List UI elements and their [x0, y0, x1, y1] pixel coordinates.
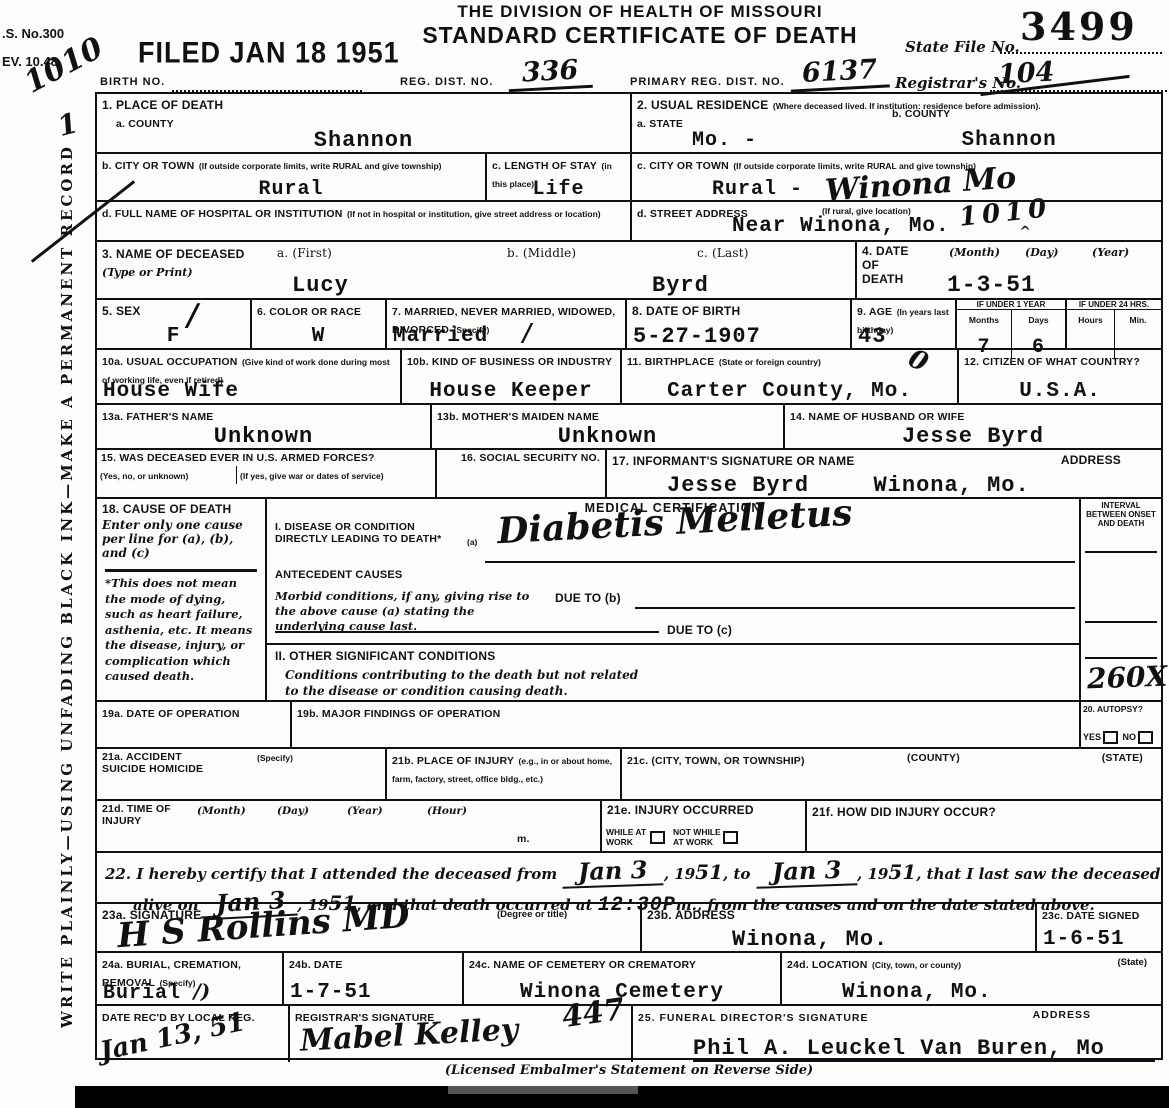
- county-value: Shannon: [314, 128, 413, 153]
- informant-address-label2: ADDRESS: [1061, 453, 1121, 467]
- birthplace-field: 11. BIRTHPLACE (State or foreign country…: [622, 350, 959, 403]
- usual-residence-section: 2. USUAL RESIDENCE (Where deceased lived…: [632, 94, 1161, 240]
- registrar-signature-field: REGISTRAR'S SIGNATURE Mabel Kelley 447: [290, 1006, 633, 1062]
- city-label: b. CITY OR TOWN: [102, 160, 194, 172]
- spouse-label: 14. NAME OF HUSBAND OR WIFE: [790, 411, 965, 423]
- name-note: (Type or Print): [102, 266, 193, 279]
- cause-of-death-side-column: 18. CAUSE OF DEATH Enter only one cause …: [97, 499, 267, 700]
- middle-name-label: b. (Middle): [507, 246, 576, 260]
- funeral-director-label: 25. FUNERAL DIRECTOR'S SIGNATURE: [638, 1012, 869, 1024]
- cert-from-date-handwritten: Jan 3: [562, 854, 664, 889]
- funeral-director-field: 25. FUNERAL DIRECTOR'S SIGNATURE ADDRESS…: [633, 1006, 1161, 1062]
- armed-forces-label: 15. WAS DECEASED EVER IN U.S. ARMED FORC…: [97, 450, 435, 466]
- accident-label: 21a. ACCIDENT SUICIDE HOMICIDE: [102, 751, 222, 775]
- cert-text-to: , to: [723, 865, 750, 883]
- business-value: House Keeper: [429, 380, 592, 403]
- residence-county-value: Shannon: [961, 129, 1056, 152]
- armed-forces-field: 15. WAS DECEASED EVER IN U.S. ARMED FORC…: [97, 450, 437, 497]
- business-label: 10b. KIND OF BUSINESS OR IN­DUSTRY: [407, 356, 612, 368]
- burial-location-value: Winona, Mo.: [842, 981, 992, 1004]
- physician-address-label: 23b. ADDRESS: [647, 908, 735, 922]
- citizen-label: 12. CITIZEN OF WHAT COUNTRY?: [964, 356, 1140, 368]
- row-occupation: 10a. USUAL OCCUPATION (Give kind of work…: [97, 350, 1161, 405]
- antecedent-note: Morbid conditions, if any, giving rise t…: [275, 589, 545, 634]
- other-conditions-label: II. OTHER SIGNIFICANT CONDITIONS: [275, 649, 495, 663]
- funeral-director-value: Phil A. Leuckel Van Buren, Mo: [693, 1036, 1105, 1061]
- reg-dist-number: 336: [507, 54, 593, 92]
- row-sex-race-age: 5. SEX / F 6. COLOR OR RACE W 7. MARRIED…: [97, 300, 1161, 350]
- cert-year-pre-1: , 19: [664, 865, 695, 883]
- date-of-death-field: 4. DATE OF DEATH (Month) (Day) (Year) 1-…: [857, 242, 1161, 298]
- date-signed-value: 1-6-51: [1043, 928, 1125, 951]
- injury-occurred-label: 21e. INJURY OCCURRED: [607, 803, 800, 817]
- residence-state-label: a. STATE: [637, 118, 683, 130]
- margin-instruction-text: WRITE PLAINLY—USING UNFADING BLACK INK—M…: [58, 168, 76, 1028]
- registration-row: BIRTH NO. REG. DIST. NO. 336 PRIMARY REG…: [100, 66, 1165, 92]
- state-file-number: 3499: [1020, 4, 1138, 49]
- days-label: Days: [1028, 315, 1048, 325]
- operation-date-label: 19a. DATE OF OPERA­TION: [102, 708, 240, 720]
- burial-location-label: 24d. LOCATION: [787, 959, 868, 971]
- registrar-number-handwritten: 447: [560, 992, 627, 1035]
- time-of-injury-label: 21d. TIME OF INJURY: [102, 803, 172, 827]
- medical-certification-column: MEDICAL CERTIFICATION I. DISEASE OR COND…: [267, 499, 1081, 700]
- injury-county-label: (COUNTY): [907, 752, 960, 764]
- armed-forces-note2: (If yes, give war or dates of service): [240, 471, 384, 481]
- cause-note2: *This does not mean the mode of dying, s…: [105, 576, 257, 685]
- ssn-field: 16. SOCIAL SECURITY NO.: [437, 450, 607, 497]
- certificate-form: 1. PLACE OF DEATH a. COUNTY Shannon b. C…: [95, 92, 1163, 1060]
- disease-label: I. DISEASE OR CONDITION DIRECTLY LEADING…: [275, 521, 465, 545]
- interval-handwritten-260x: 260X: [1086, 660, 1167, 696]
- row-parents-spouse: 13a. FATHER'S NAME Unknown 13b. MOTHER'S…: [97, 405, 1161, 450]
- race-value: W: [312, 325, 326, 348]
- hospital-note: (If not in hospital or institution, give…: [347, 209, 601, 219]
- dod-label: 4. DATE OF DEATH: [862, 244, 922, 286]
- sex-value: F: [167, 325, 181, 348]
- under1-label: IF UNDER 1 YEAR: [957, 300, 1065, 310]
- name-label: 3. NAME OF DECEASED: [102, 247, 245, 261]
- row-time-of-injury: 21d. TIME OF INJURY (Month) (Day) (Year)…: [97, 801, 1161, 853]
- injury-location-field: 21c. (CITY, TOWN, OR TOWNSHIP) (COUNTY) …: [622, 749, 1161, 799]
- autopsy-yes-label: YES: [1083, 732, 1101, 742]
- while-at-work-label: WHILE AT WORK: [606, 827, 648, 847]
- state-file-dotted-line: [1000, 52, 1162, 54]
- injury-m-label: m.: [517, 833, 530, 845]
- informant-label: 17. INFORMANT'S SIGNATURE OR NAME: [612, 454, 855, 468]
- occupation-label: 10a. USUAL OCCUPATION: [102, 356, 237, 368]
- how-injury-field: 21f. HOW DID INJURY OCCUR?: [807, 801, 1161, 851]
- occupation-field: 10a. USUAL OCCUPATION (Give kind of work…: [97, 350, 402, 403]
- operation-findings-field: 19b. MAJOR FINDINGS OF OPERATION: [292, 702, 1081, 747]
- date-signed-label: 23c. DATE SIGNED: [1042, 910, 1140, 922]
- row-accident: 21a. ACCIDENT SUICIDE HOMICIDE (Specify)…: [97, 749, 1161, 801]
- burial-state-note: (State): [1117, 957, 1147, 968]
- division-heading: THE DIVISION OF HEALTH OF MISSOURI: [360, 2, 920, 22]
- injury-day-label: (Day): [277, 805, 309, 817]
- name-of-deceased-field: 3. NAME OF DECEASED (Type or Print) a. (…: [97, 242, 857, 298]
- physician-signature-value: H S Rollins MD: [116, 896, 411, 956]
- spouse-value: Jesse Byrd: [902, 424, 1044, 449]
- dod-month-label: (Month): [949, 246, 1000, 259]
- dod-year-label: (Year): [1092, 246, 1129, 259]
- cert-year-1-handwritten: 51: [695, 860, 723, 884]
- residence-city-value: Rural -: [712, 178, 803, 201]
- sex-label: 5. SEX: [102, 304, 141, 318]
- row-operation: 19a. DATE OF OPERA­TION 19b. MAJOR FINDI…: [97, 702, 1161, 749]
- row-burial: 24a. BURIAL, CREMA­TION, REMOVAL (Specif…: [97, 953, 1161, 1006]
- physician-address-value: Winona, Mo.: [732, 927, 888, 952]
- time-of-injury-field: 21d. TIME OF INJURY (Month) (Day) (Year)…: [97, 801, 602, 851]
- citizen-value: U.S.A.: [1019, 380, 1101, 403]
- date-signed-field: 23c. DATE SIGNED 1-6-51: [1037, 904, 1161, 951]
- birthplace-note: (State or foreign country): [719, 357, 821, 367]
- operation-date-field: 19a. DATE OF OPERA­TION: [97, 702, 292, 747]
- autopsy-no-checkbox: [1138, 731, 1153, 744]
- injury-year-label: (Year): [347, 805, 383, 817]
- date-received-field: DATE REC'D BY LOCAL REG. Jan 13, 51: [97, 1006, 290, 1062]
- residence-county-label: b. COUNTY: [892, 108, 950, 120]
- street-value: Near Winona, Mo.: [732, 215, 950, 238]
- residence-label: 2. USUAL RESIDENCE: [637, 98, 768, 112]
- sex-field: 5. SEX / F: [97, 300, 252, 348]
- burial-type-value: Burial: [103, 982, 181, 1005]
- birthplace-label: 11. BIRTHPLACE: [627, 356, 714, 368]
- city-note: (If outside corporate limits, write RURA…: [199, 161, 442, 171]
- father-value: Unknown: [214, 424, 313, 449]
- informant-address-value: Winona, Mo.: [873, 473, 1029, 498]
- due-to-b-label: DUE TO (b): [555, 591, 621, 605]
- autopsy-no-label: NO: [1123, 732, 1137, 742]
- while-at-work-checkbox: [650, 831, 665, 844]
- burial-location-field: 24d. LOCATION (City, town, or county) (S…: [782, 953, 1161, 1004]
- business-field: 10b. KIND OF BUSINESS OR IN­DUSTRY House…: [402, 350, 622, 403]
- physician-signature-field: 23a. SIGNATURE (Degree or title) H S Rol…: [97, 904, 642, 951]
- cemetery-label: 24c. NAME OF CEMETERY OR CREMATORY: [469, 959, 696, 971]
- place-of-death-section: 1. PLACE OF DEATH a. COUNTY Shannon b. C…: [97, 94, 632, 240]
- injury-city-label: 21c. (CITY, TOWN, OR TOWNSHIP): [627, 755, 805, 767]
- first-name-label: a. (First): [277, 246, 332, 260]
- citizen-field: 12. CITIZEN OF WHAT COUNTRY? U.S.A.: [959, 350, 1161, 403]
- row-certification: 22. I hereby certify that I attended the…: [97, 853, 1161, 904]
- age-field: 9. AGE (In years last birthday) 43: [852, 300, 957, 348]
- place-of-injury-label: 21b. PLACE OF INJURY: [392, 755, 514, 767]
- burial-location-note: (City, town, or county): [872, 960, 961, 970]
- hospital-label: d. FULL NAME OF HOSPITAL OR INSTITUTION: [102, 208, 343, 220]
- burial-date-value: 1-7-51: [290, 981, 372, 1004]
- marital-field: 7. MARRIED, NEVER MARRIED, WIDOWED, DIVO…: [387, 300, 627, 348]
- race-field: 6. COLOR OR RACE W: [252, 300, 387, 348]
- first-name-value: Lucy: [292, 273, 349, 298]
- age-label: 9. AGE: [857, 306, 892, 318]
- cert-year-2-handwritten: 51: [888, 860, 916, 884]
- armed-forces-note1: (Yes, no, or unknown): [100, 471, 188, 481]
- cert-year-pre-2: , 19: [857, 865, 888, 883]
- signature-degree-note: (Degree or title): [497, 909, 567, 920]
- cert-text-2: , that I last saw the deceased: [916, 865, 1160, 883]
- autopsy-yes-checkbox: [1103, 731, 1118, 744]
- row-physician-signature: 23a. SIGNATURE (Degree or title) H S Rol…: [97, 904, 1161, 953]
- hours-label: Hours: [1078, 315, 1103, 325]
- burial-date-label: 24b. DATE: [289, 959, 343, 971]
- due-to-c-label: DUE TO (c): [667, 623, 732, 637]
- place-of-injury-field: 21b. PLACE OF INJURY (e.g., in or about …: [387, 749, 622, 799]
- injury-state-label: (STATE): [1102, 752, 1143, 764]
- autopsy-label: 20. AUTOPSY?: [1083, 704, 1159, 714]
- city-value: Rural: [258, 178, 323, 201]
- dob-label: 8. DATE OF BIRTH: [632, 304, 740, 318]
- min-label: Min.: [1130, 315, 1147, 325]
- occupation-value: House Wife: [103, 380, 239, 403]
- mother-field: 13b. MOTHER'S MAIDEN NAME Unknown: [432, 405, 785, 448]
- under24-label: IF UNDER 24 HRS.: [1067, 300, 1161, 310]
- accident-note: (Specify): [257, 753, 293, 763]
- father-field: 13a. FATHER'S NAME Unknown: [97, 405, 432, 448]
- disease-a-label: (a): [467, 537, 477, 547]
- marital-slash-mark: /: [523, 320, 532, 345]
- certificate-title: STANDARD CERTIFICATE OF DEATH: [340, 22, 940, 49]
- dod-value: 1-3-51: [947, 272, 1036, 298]
- months-label: Months: [969, 315, 999, 325]
- dob-value: 5-27-1907: [633, 324, 761, 349]
- row-armed-informant: 15. WAS DECEASED EVER IN U.S. ARMED FORC…: [97, 450, 1161, 499]
- interval-label: INTERVAL BETWEEN ONSET AND DEATH: [1081, 499, 1161, 528]
- cause-note1: Enter only one cause per line for (a), (…: [102, 518, 260, 560]
- funeral-address-label: ADDRESS: [1033, 1009, 1091, 1021]
- interval-column: INTERVAL BETWEEN ONSET AND DEATH 260X: [1081, 499, 1161, 700]
- last-name-value: Byrd: [652, 273, 709, 298]
- burial-type-mark: /): [193, 981, 210, 1002]
- burial-type-field: 24a. BURIAL, CREMA­TION, REMOVAL (Specif…: [97, 953, 284, 1004]
- spouse-field: 14. NAME OF HUSBAND OR WIFE Jesse Byrd: [785, 405, 1161, 448]
- mother-label: 13b. MOTHER'S MAIDEN NAME: [437, 411, 599, 423]
- dob-field: 8. DATE OF BIRTH 5-27-1907: [627, 300, 852, 348]
- informant-field: 17. INFORMANT'S SIGNATURE OR NAME ADDRES…: [607, 450, 1161, 497]
- row-place-residence: 1. PLACE OF DEATH a. COUNTY Shannon b. C…: [97, 94, 1161, 242]
- physician-address-field: 23b. ADDRESS Winona, Mo.: [642, 904, 1037, 951]
- dod-day-label: (Day): [1025, 246, 1058, 259]
- row-registrar: DATE REC'D BY LOCAL REG. Jan 13, 51 REGI…: [97, 1006, 1161, 1062]
- mother-value: Unknown: [558, 424, 657, 449]
- antecedent-label: ANTECEDENT CAUSES: [275, 569, 402, 581]
- length-of-stay-label: c. LENGTH OF STAY: [492, 160, 597, 172]
- race-label: 6. COLOR OR RACE: [257, 306, 361, 318]
- age-value: 43: [858, 324, 886, 349]
- father-label: 13a. FATHER'S NAME: [102, 411, 214, 423]
- how-injury-label: 21f. HOW DID INJURY OCCUR?: [812, 805, 996, 819]
- marital-value: Married: [393, 325, 488, 348]
- ssn-label: 16. SOCIAL SECURITY NO.: [442, 452, 600, 464]
- last-name-label: c. (Last): [697, 246, 749, 260]
- under-one-year-field: IF UNDER 1 YEAR Months 7 Days 6: [957, 300, 1067, 348]
- reg-dist-label: REG. DIST. NO.: [400, 76, 493, 88]
- birthplace-value: Carter County, Mo.: [667, 380, 912, 403]
- not-while-at-work-label: NOT WHILE AT WORK: [673, 827, 721, 847]
- cert-text-1: I hereby certify that I attended the dec…: [136, 865, 557, 883]
- certificate-sheet: .S. No.300 EV. 10.48 WRITE PLAINLY—USING…: [0, 0, 1169, 1108]
- cert-to-date-handwritten: Jan 3: [755, 854, 857, 889]
- cert-number: 22.: [105, 865, 131, 883]
- under-24hrs-field: IF UNDER 24 HRS. Hours Min.: [1067, 300, 1161, 348]
- autopsy-field: 20. AUTOPSY? YES NO: [1081, 702, 1161, 747]
- injury-hour-label: (Hour): [427, 805, 467, 817]
- not-while-at-work-checkbox: [723, 831, 738, 844]
- primary-reg-dist-number: 6137: [789, 53, 890, 92]
- length-of-stay-value: Life: [532, 178, 584, 201]
- residence-state-value: Mo. -: [692, 129, 757, 152]
- handwritten-1-margin: 1: [54, 106, 81, 143]
- injury-month-label: (Month): [197, 805, 246, 817]
- place-of-death-label: 1. PLACE OF DEATH: [102, 98, 223, 112]
- row-name-dod: 3. NAME OF DECEASED (Type or Print) a. (…: [97, 242, 1161, 300]
- form-stock-number: .S. No.300: [2, 26, 64, 41]
- primary-reg-dist-label: PRIMARY REG. DIST. NO.: [630, 76, 785, 88]
- birth-no-label: BIRTH NO.: [100, 76, 165, 88]
- row-cause-of-death: 18. CAUSE OF DEATH Enter only one cause …: [97, 499, 1161, 702]
- operation-findings-label: 19b. MAJOR FINDINGS OF OPERATION: [297, 708, 500, 720]
- other-conditions-note: Conditions contributing to the death but…: [285, 668, 645, 699]
- injury-occurred-field: 21e. INJURY OCCURRED WHILE AT WORK NOT W…: [602, 801, 807, 851]
- embalmer-statement-note: (Licensed Embalmer's Statement on Revers…: [95, 1063, 1163, 1078]
- scan-artifact-bar-light: [448, 1086, 638, 1094]
- burial-date-field: 24b. DATE 1-7-51: [284, 953, 464, 1004]
- accident-field: 21a. ACCIDENT SUICIDE HOMICIDE (Specify): [97, 749, 387, 799]
- cause-of-death-label: 18. CAUSE OF DEATH: [102, 502, 260, 516]
